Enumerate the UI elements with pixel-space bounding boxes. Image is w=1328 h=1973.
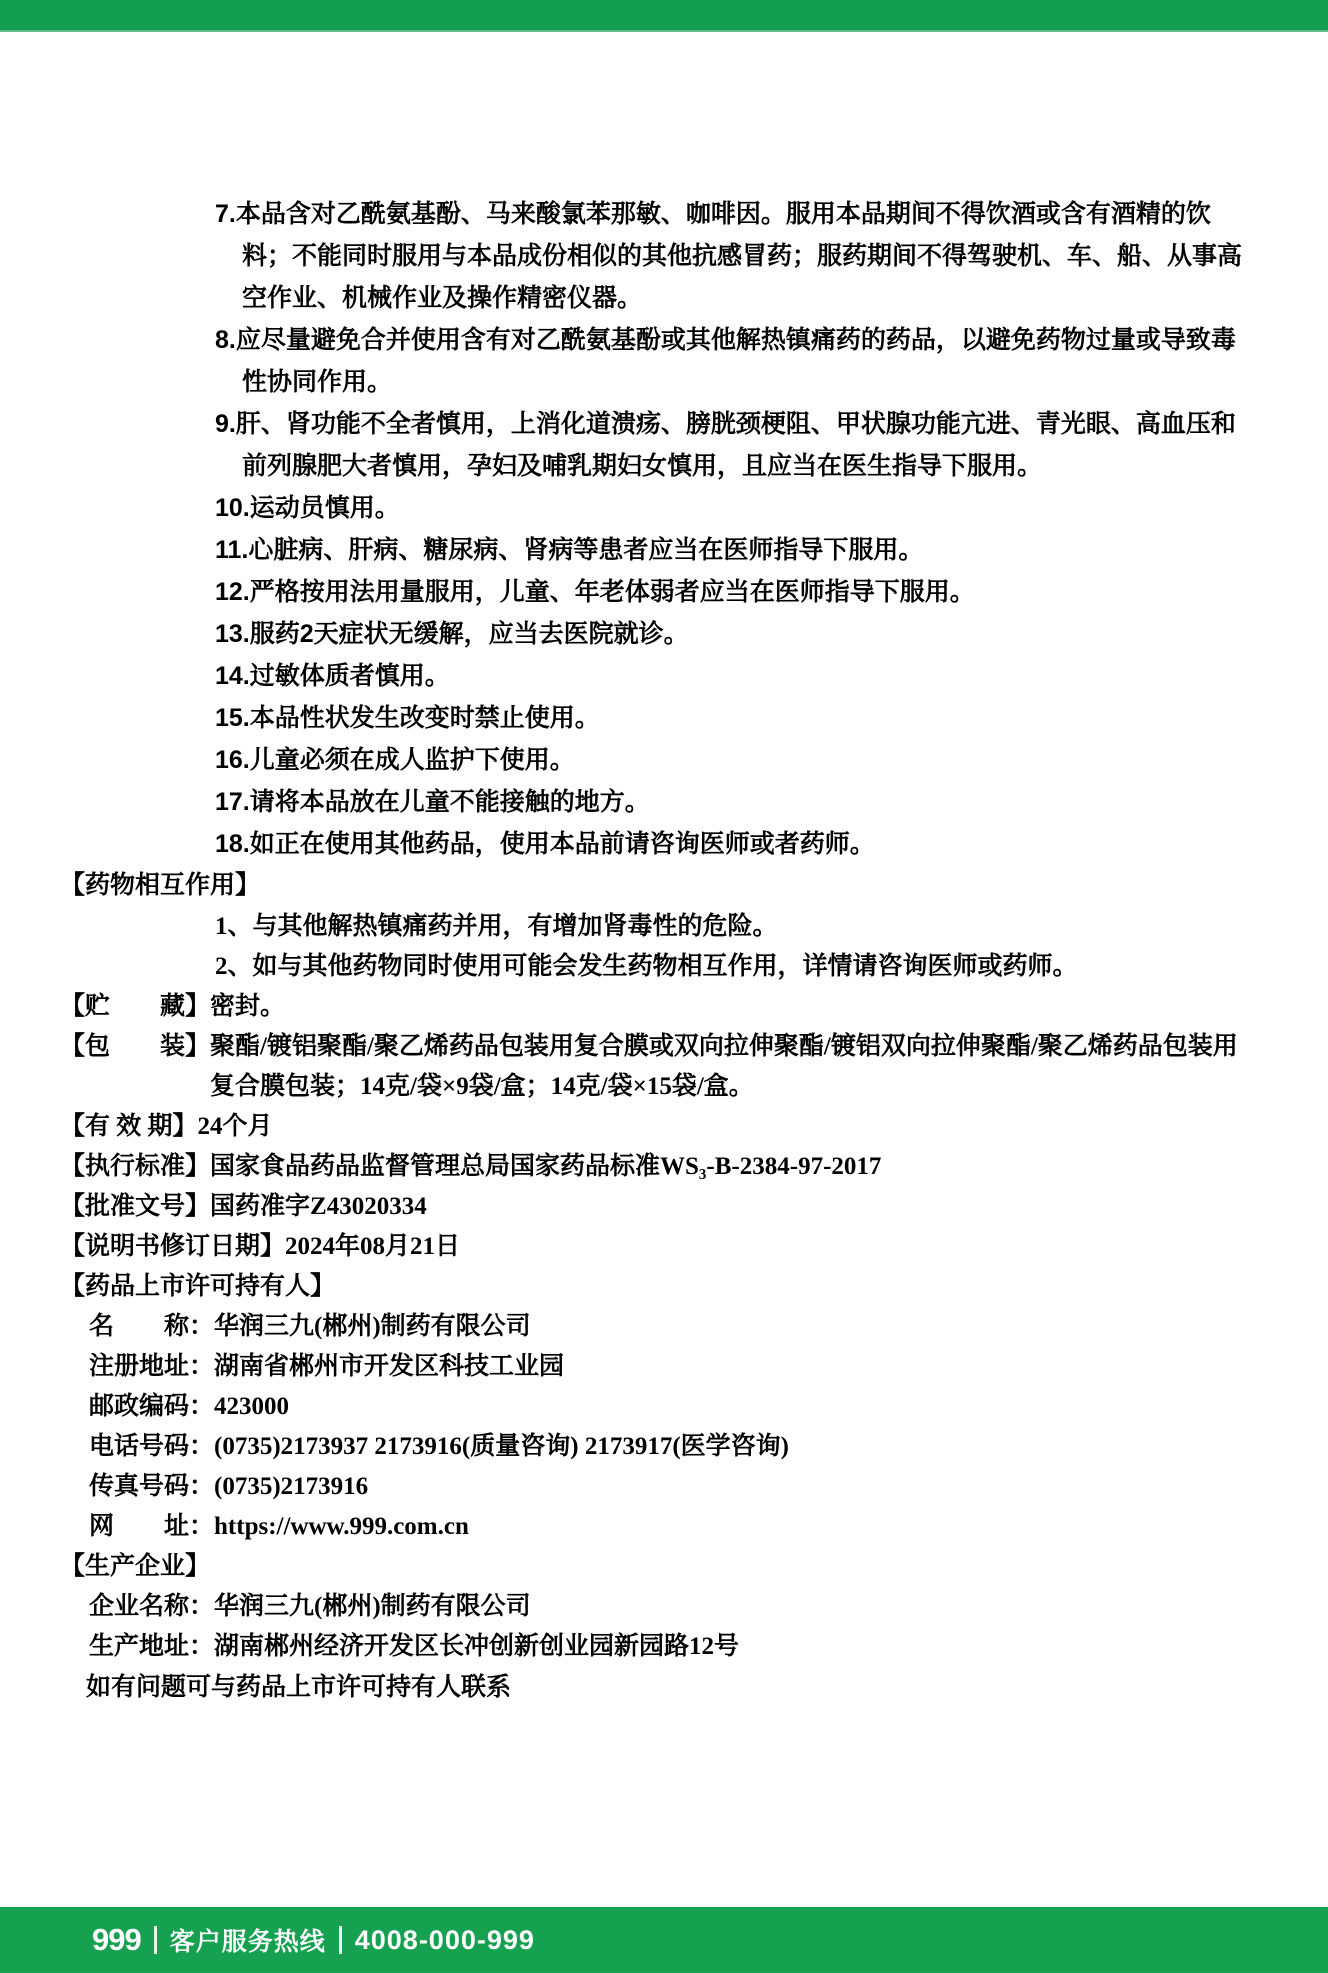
precaution-item-15: 15.本品性状发生改变时禁止使用。	[60, 697, 1245, 739]
footer-separator	[154, 1926, 157, 1954]
holder-postcode-label: 邮政编码：	[89, 1393, 214, 1420]
manufacturer-name-row: 企业名称：华润三九(郴州)制药有限公司	[89, 1587, 1245, 1627]
holder-website-row: 网 址：https://www.999.com.cn	[89, 1507, 1245, 1547]
packaging-label: 【包 装】	[60, 1033, 210, 1060]
holder-postcode-row: 邮政编码：423000	[89, 1387, 1245, 1427]
precaution-item-14: 14.过敏体质者慎用。	[60, 655, 1245, 697]
validity-label: 【有 效 期】	[60, 1113, 198, 1140]
manufacturer-address-row: 生产地址：湖南郴州经济开发区长冲创新创业园新园路12号	[89, 1627, 1245, 1667]
holder-phone-label: 电话号码：	[89, 1433, 214, 1460]
approval-number-field: 【批准文号】国药准字Z43020334	[60, 1187, 1245, 1227]
standard-field: 【执行标准】国家食品药品监督管理总局国家药品标准WS₃-B-2384-97-20…	[60, 1147, 1245, 1187]
precaution-item-12: 12.严格按用法用量服用，儿童、年老体弱者应当在医师指导下服用。	[60, 571, 1245, 613]
standard-value: 国家食品药品监督管理总局国家药品标准WS₃-B-2384-97-2017	[210, 1153, 881, 1180]
interaction-item-2: 2、如与其他药物同时使用可能会发生药物相互作用，详情请咨询医师或药师。	[215, 947, 1245, 987]
manufacturer-address-value: 湖南郴州经济开发区长冲创新创业园新园路12号	[214, 1633, 739, 1660]
standard-label: 【执行标准】	[60, 1153, 210, 1180]
holder-fax-value: (0735)2173916	[214, 1473, 368, 1500]
approval-number-label: 【批准文号】	[60, 1193, 210, 1220]
precaution-item-17: 17.请将本品放在儿童不能接触的地方。	[60, 781, 1245, 823]
top-accent-bar	[0, 0, 1328, 32]
manufacturer-section-heading: 【生产企业】	[60, 1547, 1245, 1587]
holder-name-row: 名 称：华润三九(郴州)制药有限公司	[89, 1307, 1245, 1347]
precaution-item-9: 9.肝、肾功能不全者慎用，上消化道溃疡、膀胱颈梗阻、甲状腺功能亢进、青光眼、高血…	[60, 403, 1245, 487]
manufacturer-address-label: 生产地址：	[89, 1633, 214, 1660]
brand-999-logo: 999	[92, 1922, 141, 1958]
revision-date-label: 【说明书修订日期】	[60, 1233, 285, 1260]
approval-number-value: 国药准字Z43020334	[210, 1193, 427, 1220]
revision-date-field: 【说明书修订日期】2024年08月21日	[60, 1227, 1245, 1267]
storage-value: 密封。	[210, 993, 285, 1020]
revision-date-value: 2024年08月21日	[285, 1233, 460, 1260]
holder-registered-address-value: 湖南省郴州市开发区科技工业园	[214, 1353, 564, 1380]
holder-section-heading: 【药品上市许可持有人】	[60, 1267, 1245, 1307]
holder-name-label: 名 称：	[89, 1313, 214, 1340]
contact-holder-note: 如有问题可与药品上市许可持有人联系	[86, 1667, 1245, 1707]
validity-value: 24个月	[198, 1113, 273, 1140]
footer-bar: 999 客户服务热线 4008-000-999	[0, 1907, 1328, 1973]
drug-interactions-heading: 【药物相互作用】	[60, 865, 1245, 907]
hotline-number: 4008-000-999	[355, 1925, 535, 1956]
leaflet-content: 7.本品含对乙酰氨基酚、马来酸氯苯那敏、咖啡因。服用本品期间不得饮酒或含有酒精的…	[60, 193, 1245, 1707]
precaution-item-16: 16.儿童必须在成人监护下使用。	[60, 739, 1245, 781]
footer-separator	[339, 1926, 342, 1954]
holder-fax-row: 传真号码：(0735)2173916	[89, 1467, 1245, 1507]
precaution-item-10: 10.运动员慎用。	[60, 487, 1245, 529]
holder-registered-address-row: 注册地址：湖南省郴州市开发区科技工业园	[89, 1347, 1245, 1387]
storage-field: 【贮 藏】密封。	[60, 987, 1245, 1027]
holder-phone-row: 电话号码：(0735)2173937 2173916(质量咨询) 2173917…	[89, 1427, 1245, 1467]
interaction-item-1: 1、与其他解热镇痛药并用，有增加肾毒性的危险。	[215, 907, 1245, 947]
precaution-item-13: 13.服药2天症状无缓解，应当去医院就诊。	[60, 613, 1245, 655]
storage-label: 【贮 藏】	[60, 993, 210, 1020]
manufacturer-name-value: 华润三九(郴州)制药有限公司	[214, 1593, 531, 1620]
validity-field: 【有 效 期】24个月	[60, 1107, 1245, 1147]
holder-website-label: 网 址：	[89, 1513, 214, 1540]
precaution-item-11: 11.心脏病、肝病、糖尿病、肾病等患者应当在医师指导下服用。	[60, 529, 1245, 571]
holder-phone-value: (0735)2173937 2173916(质量咨询) 2173917(医学咨询…	[214, 1433, 789, 1460]
packaging-field: 【包 装】聚酯/镀铝聚酯/聚乙烯药品包装用复合膜或双向拉伸聚酯/镀铝双向拉伸聚酯…	[60, 1027, 1245, 1107]
holder-registered-address-label: 注册地址：	[89, 1353, 214, 1380]
service-hotline-label: 客户服务热线	[170, 1922, 326, 1958]
precaution-item-7: 7.本品含对乙酰氨基酚、马来酸氯苯那敏、咖啡因。服用本品期间不得饮酒或含有酒精的…	[60, 193, 1245, 319]
holder-website-value: https://www.999.com.cn	[214, 1513, 469, 1540]
holder-name-value: 华润三九(郴州)制药有限公司	[214, 1313, 531, 1340]
precaution-item-18: 18.如正在使用其他药品，使用本品前请咨询医师或者药师。	[60, 823, 1245, 865]
holder-fax-label: 传真号码：	[89, 1473, 214, 1500]
holder-postcode-value: 423000	[214, 1393, 289, 1420]
packaging-value: 聚酯/镀铝聚酯/聚乙烯药品包装用复合膜或双向拉伸聚酯/镀铝双向拉伸聚酯/聚乙烯药…	[210, 1033, 1238, 1100]
manufacturer-name-label: 企业名称：	[89, 1593, 214, 1620]
precaution-item-8: 8.应尽量避免合并使用含有对乙酰氨基酚或其他解热镇痛药的药品，以避免药物过量或导…	[60, 319, 1245, 403]
